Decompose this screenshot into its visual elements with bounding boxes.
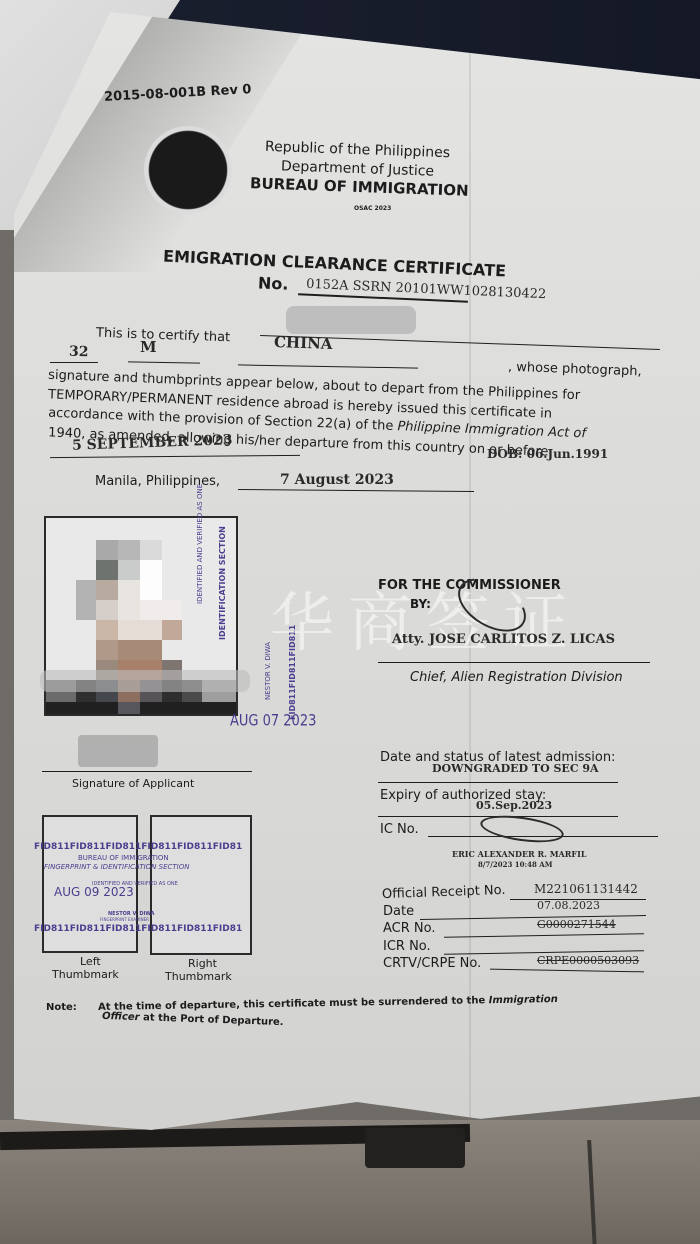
date-label: Date — [383, 904, 414, 919]
left-thumb-label-2: Thumbmark — [52, 968, 119, 981]
crtv-label: CRTV/CRPE No. — [383, 956, 481, 971]
photo-redaction-overlay — [40, 670, 250, 692]
commissioner-position: Chief, Alien Registration Division — [410, 670, 623, 685]
date-value: 07.08.2023 — [537, 899, 600, 912]
sex-value: M — [140, 338, 157, 356]
age-line — [50, 362, 98, 363]
commissioner-line — [378, 662, 650, 663]
photo-stamp-section: IDENTIFICATION SECTION — [218, 526, 227, 640]
icr-label: ICR No. — [383, 939, 431, 954]
right-thumb-label-2: Thumbmark — [165, 970, 232, 983]
officer-timestamp: 8/7/2023 10:48 AM — [478, 860, 552, 869]
thumb-stamp-fid-top: FID811FID811FID811FID811FID811FID81 — [34, 842, 242, 852]
thumb-stamp-date: AUG 09 2023 — [54, 885, 134, 899]
admission-line — [378, 782, 618, 783]
commissioner-by: BY: — [410, 597, 431, 611]
thumb-stamp-bureau: BUREAU OF IMMIGRATION — [78, 854, 169, 862]
note-label: Note: — [46, 1002, 77, 1013]
signature-line — [42, 771, 252, 772]
redacted-name — [286, 306, 416, 334]
acr-value: G0000271544 — [537, 918, 616, 931]
header-sub: OSAC 2023 — [354, 205, 391, 212]
signature-label: Signature of Applicant — [72, 777, 194, 790]
thumb-stamp-section: FINGERPRINT & IDENTIFICATION SECTION — [44, 863, 189, 871]
receipt-value: M221061131442 — [534, 882, 638, 896]
age-value: 32 — [69, 344, 89, 361]
note-italic-2: Officer — [102, 1011, 140, 1023]
officer-name: ERIC ALEXANDER R. MARFIL — [452, 849, 586, 859]
right-thumb-label-1: Right — [188, 957, 217, 970]
certificate-no-label: No. — [258, 273, 289, 293]
dob-value: DOB: 06.Jun.1991 — [487, 447, 608, 461]
thumb-stamp-role: FINGERPRINT EXAMINER — [100, 917, 149, 922]
commissioner-name: Atty. JOSE CARLITOS Z. LICAS — [392, 632, 615, 647]
photo-stamp-verified: IDENTIFIED AND VERIFIED AS ONE — [196, 484, 204, 604]
crtv-value: CRPE0000503093 — [537, 954, 639, 967]
photo-stamp-date: AUG 07 2023 — [230, 713, 316, 731]
redacted-signature — [78, 735, 158, 767]
issue-date-value: 7 August 2023 — [280, 472, 394, 488]
thumb-stamp-fid-bottom: FID811FID811FID811FID811FID811FID81 — [34, 924, 242, 934]
left-thumb-label-1: Left — [80, 955, 101, 968]
nationality-value: CHINA — [274, 333, 333, 353]
ic-label: IC No. — [380, 822, 419, 837]
admission-value: DOWNGRADED TO SEC 9A — [432, 762, 599, 775]
background-object-clip — [365, 1128, 465, 1168]
note-italic-1: Immigration — [489, 994, 558, 1006]
acr-label: ACR No. — [383, 921, 436, 936]
expiry-value: 05.Sep.2023 — [476, 799, 552, 812]
